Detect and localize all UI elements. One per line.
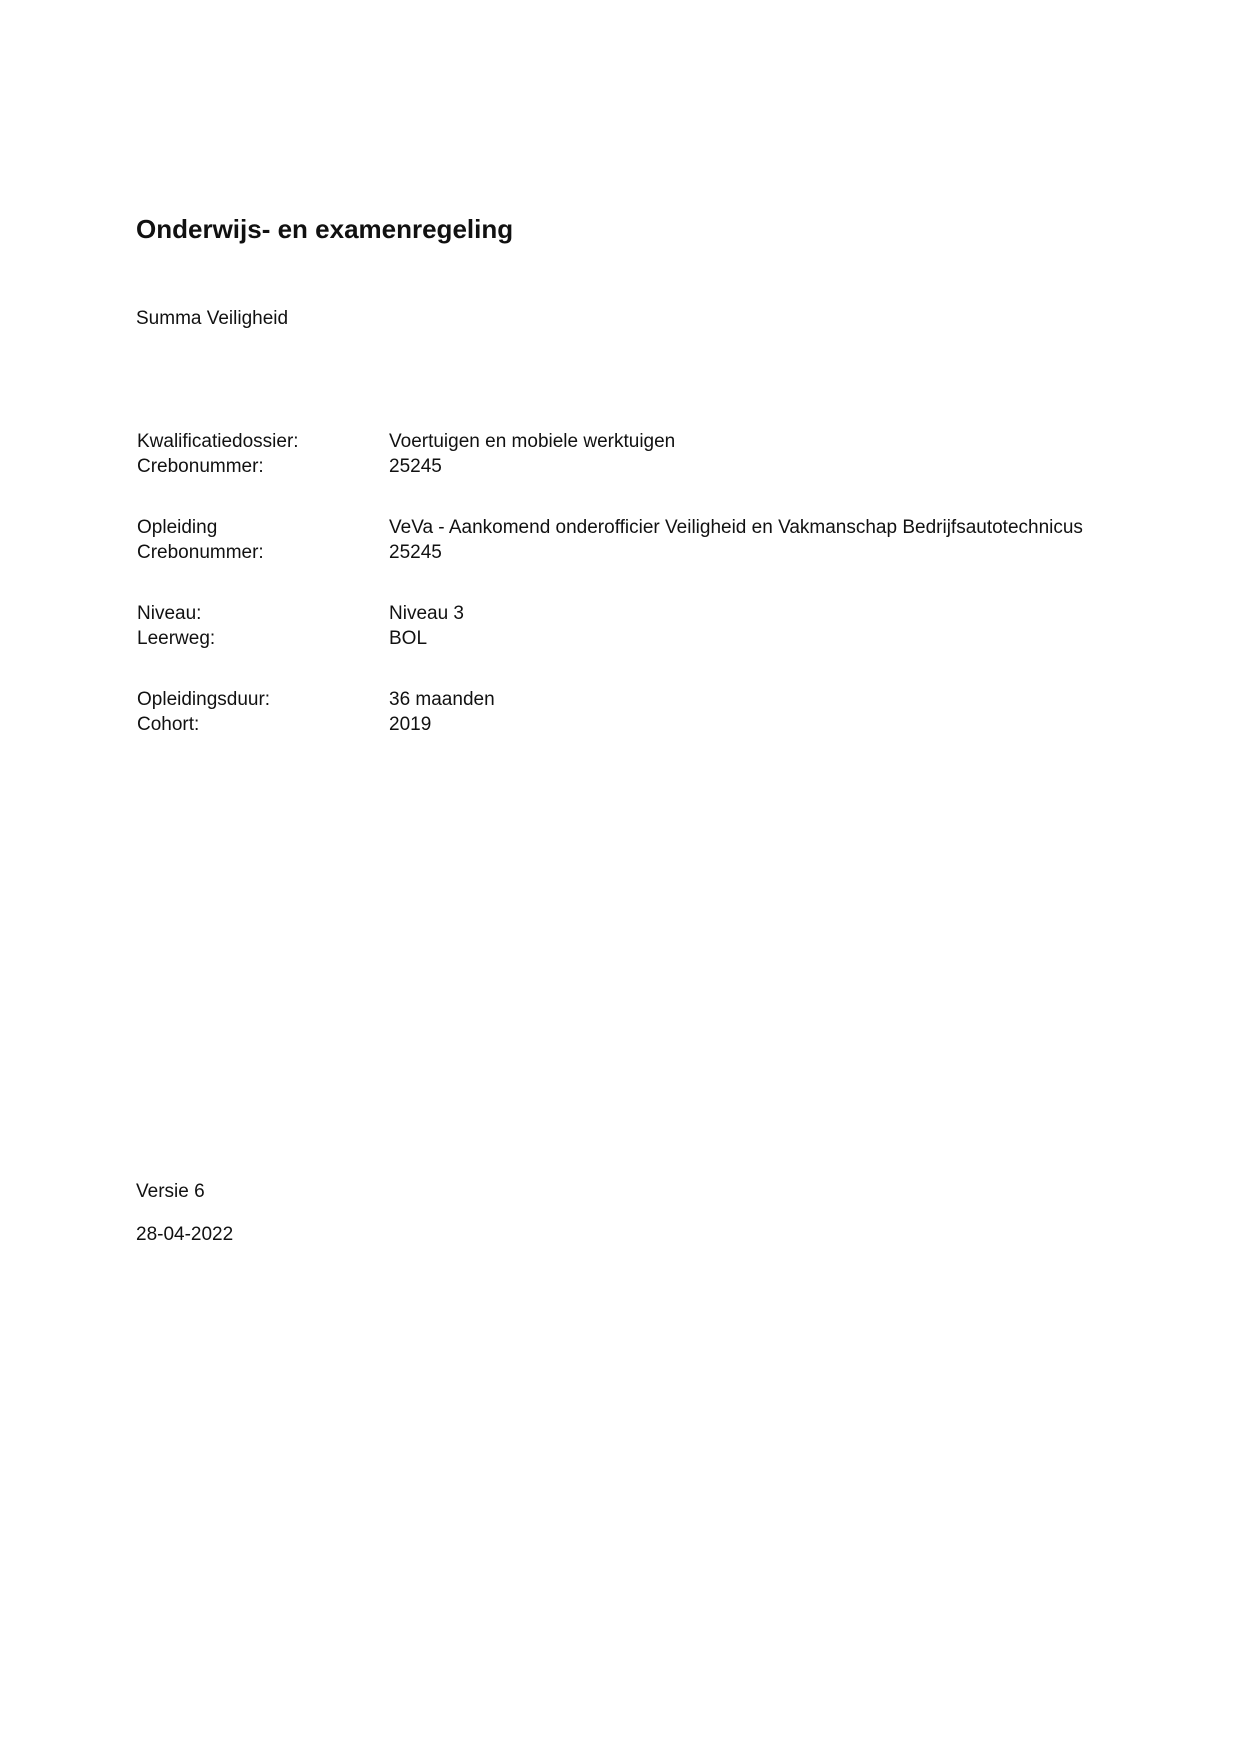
document-date: 28-04-2022 <box>136 1222 233 1248</box>
info-label: Kwalificatiedossier: <box>137 429 389 454</box>
info-value: VeVa - Aankomend onderofficier Veilighei… <box>389 515 1083 540</box>
info-value: BOL <box>389 626 427 651</box>
organization-name: Summa Veiligheid <box>136 306 288 332</box>
info-row-opleiding: Opleiding VeVa - Aankomend onderofficier… <box>137 515 1083 540</box>
info-value: Voertuigen en mobiele werktuigen <box>389 429 675 454</box>
document-version: Versie 6 <box>136 1179 205 1205</box>
info-row-leerweg: Leerweg: BOL <box>137 626 464 651</box>
info-row-niveau: Niveau: Niveau 3 <box>137 601 464 626</box>
info-value: Niveau 3 <box>389 601 464 626</box>
info-row-cohort: Cohort: 2019 <box>137 712 495 737</box>
info-label: Opleiding <box>137 515 389 540</box>
info-label: Opleidingsduur: <box>137 687 389 712</box>
info-row-kwalificatiedossier: Kwalificatiedossier: Voertuigen en mobie… <box>137 429 675 454</box>
info-value: 36 maanden <box>389 687 495 712</box>
info-row-opleidingsduur: Opleidingsduur: 36 maanden <box>137 687 495 712</box>
info-row-crebonummer: Crebonummer: 25245 <box>137 540 1083 565</box>
info-value: 2019 <box>389 712 431 737</box>
level-info-block: Niveau: Niveau 3 Leerweg: BOL <box>137 601 464 651</box>
info-label: Crebonummer: <box>137 454 389 479</box>
info-value: 25245 <box>389 454 442 479</box>
education-info-block: Opleiding VeVa - Aankomend onderofficier… <box>137 515 1083 565</box>
info-label: Cohort: <box>137 712 389 737</box>
info-label: Leerweg: <box>137 626 389 651</box>
duration-info-block: Opleidingsduur: 36 maanden Cohort: 2019 <box>137 687 495 737</box>
info-value: 25245 <box>389 540 442 565</box>
qualification-info-block: Kwalificatiedossier: Voertuigen en mobie… <box>137 429 675 479</box>
info-label: Niveau: <box>137 601 389 626</box>
info-row-crebonummer: Crebonummer: 25245 <box>137 454 675 479</box>
info-label: Crebonummer: <box>137 540 389 565</box>
document-title: Onderwijs- en examenregeling <box>136 212 513 246</box>
